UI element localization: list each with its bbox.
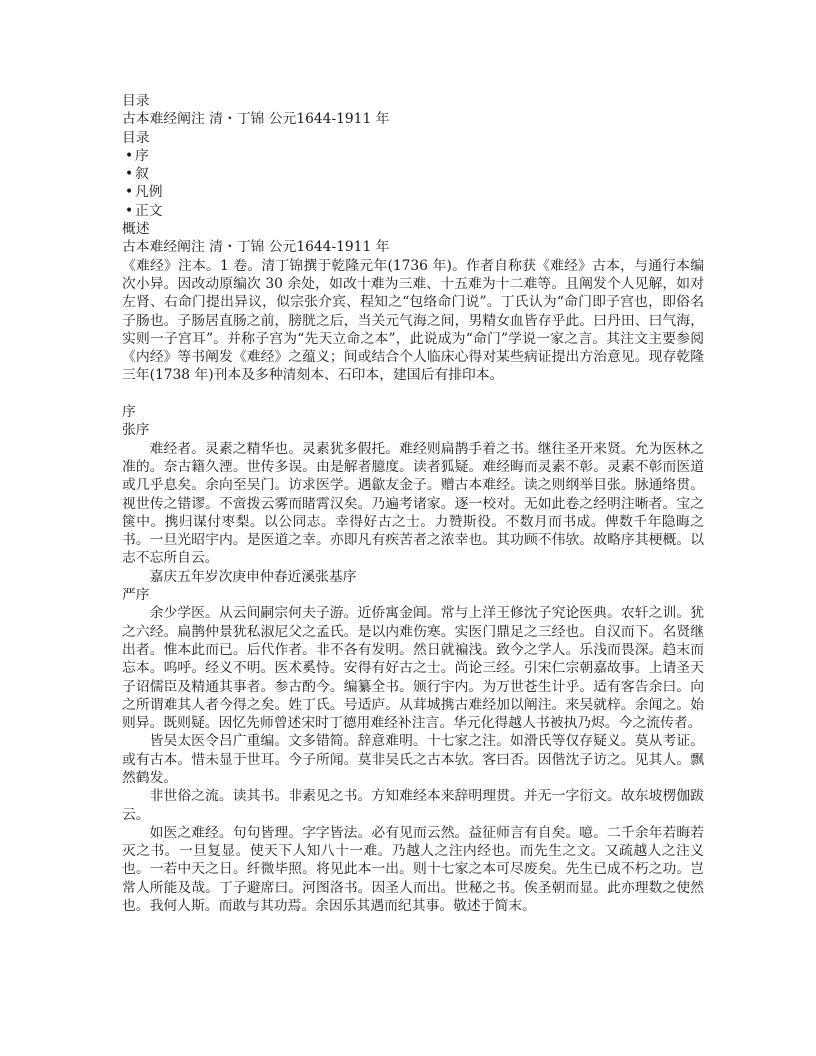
overview-title: 古本难经阐注 清・丁锦 公元1644-1911 年	[122, 238, 704, 256]
toc-item-preface[interactable]: 序	[122, 147, 704, 165]
toc-item-main-text[interactable]: 正文	[122, 202, 704, 220]
document-page: 目录 古本难经阐注 清・丁锦 公元1644-1911 年 目录 序 叙 凡例 正…	[122, 92, 704, 915]
zhang-preface-heading: 张序	[122, 421, 704, 439]
yan-preface-paragraph: 如医之难经。句句皆理。字字皆法。必有见而云然。益征师言有自矣。噫。二千余年若晦若…	[122, 824, 704, 915]
book-title: 古本难经阐注 清・丁锦 公元1644-1911 年	[122, 110, 704, 128]
toc-link[interactable]: 凡例	[135, 184, 163, 200]
yan-preface-paragraph: 皆吴太医令吕广重编。文多错简。辞意难明。十七家之注。如滑氏等仅存疑义。莫从考证。…	[122, 732, 704, 787]
toc-link[interactable]: 叙	[135, 166, 149, 182]
preface-heading: 序	[122, 403, 704, 421]
toc-link[interactable]: 序	[135, 148, 149, 164]
yan-preface-paragraph: 余少学医。从云间嗣宗何夫子游。近侨寓金阊。常与上洋王修沈子究论医典。农轩之训。犹…	[122, 604, 704, 732]
spacer	[122, 385, 704, 403]
toc-heading: 目录	[122, 92, 704, 110]
toc-link[interactable]: 正文	[135, 203, 163, 219]
toc-item-narration[interactable]: 叙	[122, 165, 704, 183]
overview-text: 《难经》注本。1 卷。清丁锦撰于乾隆元年(1736 年)。作者自称获《难经》古本…	[122, 257, 704, 385]
zhang-preface-text: 难经者。灵素之精华也。灵素犹多假托。难经则扁鹊手着之书。继往圣开来贤。允为医林之…	[122, 440, 704, 568]
yan-preface-paragraph: 非世俗之流。读其书。非素见之书。方知难经本来辞明理贯。并无一字衍文。故东坡楞伽跋…	[122, 787, 704, 824]
zhang-preface-signature: 嘉庆五年岁次庚申仲春近溪张基序	[122, 568, 704, 586]
toc-subheading: 目录	[122, 129, 704, 147]
toc-item-conventions[interactable]: 凡例	[122, 183, 704, 201]
yan-preface-heading: 严序	[122, 586, 704, 604]
overview-heading: 概述	[122, 220, 704, 238]
